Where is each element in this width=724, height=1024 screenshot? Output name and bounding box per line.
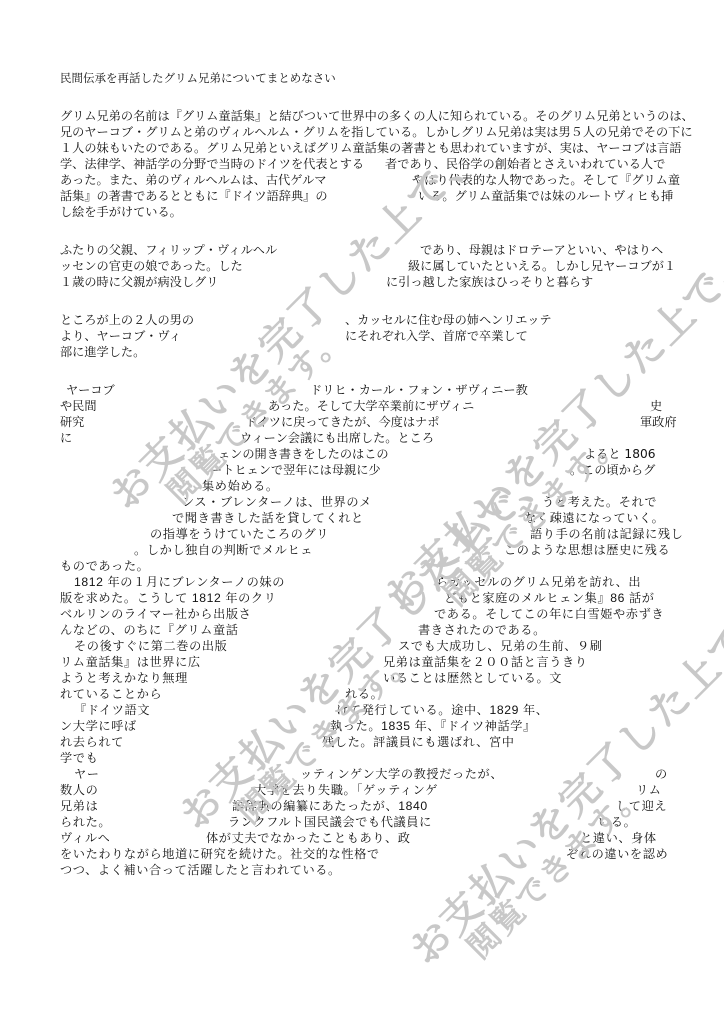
text-line-fragment: 1812 年の１月にブレンターノの妹の bbox=[74, 574, 285, 590]
text-line-fragment: どもと家庭のメルヒェン集』86 話が bbox=[444, 590, 655, 606]
text-line-fragment: の bbox=[655, 766, 668, 782]
text-line-fragment: 者であり、民俗学の創始者とさえいわれている人で bbox=[385, 156, 665, 172]
text-line-fragment: ンス・ブレンターノは、世界のメ bbox=[182, 494, 372, 510]
text-line-fragment: ドイツに戻ってきたが、今度はナポ bbox=[245, 414, 439, 430]
text-line-fragment: あった。そして大学卒業前にザヴィニ bbox=[268, 398, 474, 414]
text-line-fragment: ヤー bbox=[74, 766, 100, 782]
text-line-fragment: 兄のヤーコブ・グリムと弟のヴィルヘルム・グリムを指している。しかしグリム兄弟は実… bbox=[60, 124, 693, 140]
text-line-fragment: ートヒェンで翌年には母親に少 bbox=[210, 462, 381, 478]
text-line-fragment: に bbox=[60, 430, 72, 446]
text-line-fragment: 大学を去り失職。「ゲッティンゲ bbox=[254, 782, 438, 798]
text-line-fragment: 体が丈夫でなかったこともあり、政 bbox=[206, 830, 411, 846]
text-line-fragment: や民間 bbox=[60, 398, 97, 414]
text-line-fragment: んなどの、のちに『グリム童話 bbox=[60, 622, 239, 638]
text-line-fragment: １歳の時に父親が病没しグリ bbox=[60, 274, 218, 290]
text-line-fragment: れていることから bbox=[60, 686, 162, 702]
text-line-fragment: して迎え bbox=[616, 798, 667, 814]
text-line-fragment: にそれぞれ入学、首席で卒業して bbox=[345, 328, 528, 344]
text-line-fragment: このような思想は歴史に残る bbox=[504, 542, 670, 558]
document-title: 民間伝承を再話したグリム兄弟についてまとめなさい bbox=[60, 70, 336, 86]
text-line-fragment: 兄弟は bbox=[60, 798, 98, 814]
text-line-fragment: 兄弟は童話集を２００話と言うきり bbox=[383, 654, 588, 670]
document-page: 民間伝承を再話したグリム兄弟についてまとめなさい グリム兄弟の名前は『グリム童話… bbox=[0, 0, 724, 1024]
text-line-fragment: ふたりの父親、フィリップ・ヴィルヘル bbox=[60, 242, 277, 258]
text-line-fragment: 研究 bbox=[60, 414, 84, 430]
text-line-fragment: であり、母親はドロテーアといい、やはりヘ bbox=[420, 242, 663, 258]
text-line-fragment: いる。グリム童話集では妹のルートヴィヒも挿 bbox=[418, 188, 673, 204]
text-line-fragment: 語り手の名前は記録に残し bbox=[530, 526, 683, 542]
text-line-fragment: 史 bbox=[650, 398, 662, 414]
text-line-fragment: れる。 bbox=[345, 686, 383, 702]
text-line-fragment: ランクフルト国民議会でも代議員に bbox=[228, 814, 432, 830]
text-line-fragment: ようと考えかなり無理 bbox=[60, 670, 188, 686]
text-line-fragment: し絵を手がけている。 bbox=[60, 204, 182, 220]
text-line-fragment: 版を求めた。こうして 1812 年のクリ bbox=[60, 590, 277, 606]
text-line-fragment: ン大学に呼ば bbox=[60, 718, 137, 734]
text-line-fragment: いる。 bbox=[598, 814, 636, 830]
text-line-fragment: 学、法律学、神話学の分野で当時のドイツを代表とする bbox=[60, 156, 364, 172]
text-line-fragment: より、ヤーコブ・ヴィ bbox=[60, 328, 181, 344]
text-line-fragment: 数人の bbox=[60, 782, 98, 798]
text-line-fragment: ッセンの官吏の娘であった。した bbox=[60, 258, 243, 274]
text-line-fragment: その後すぐに第二巻の出版 bbox=[74, 638, 227, 654]
text-line-fragment: 、カッセルに住む母の姉ヘンリエッテ bbox=[345, 312, 552, 328]
text-line-fragment: ところが上の２人の男の bbox=[60, 312, 194, 328]
text-line-fragment: リム童話集』は世界に広 bbox=[60, 654, 201, 670]
text-line-fragment: ヴィルヘ bbox=[60, 830, 110, 846]
text-line-fragment: らカッセルのグリム兄弟を訪れ、出 bbox=[436, 574, 641, 590]
text-line-fragment: と違い、身体 bbox=[580, 830, 657, 846]
text-line-fragment: に引っ越した家族はひっそりと暮らす bbox=[386, 274, 593, 290]
text-line-fragment: グリム兄弟の名前は『グリム童話集』と結びついて世界中の多くの人に知られている。そ… bbox=[60, 108, 694, 124]
text-line-fragment: つつ、よく補い合って活躍したと言われている。 bbox=[60, 862, 341, 878]
text-line-fragment: 『ドイツ語文 bbox=[74, 702, 150, 718]
text-line-fragment: られた。 bbox=[60, 814, 111, 830]
text-line-fragment: リム bbox=[636, 782, 662, 798]
text-line-fragment: ヤーコブ bbox=[66, 382, 115, 398]
text-line-fragment: 残した。評議員にも選ばれ、宮中 bbox=[322, 734, 515, 750]
text-line-fragment: ベルリンのライマー社から出版さ bbox=[60, 606, 251, 622]
text-line-fragment: 書きされたのである。 bbox=[418, 622, 546, 638]
text-line-fragment: あった。また、弟のヴィルヘルムは、古代ゲルマ bbox=[60, 172, 327, 188]
text-line-fragment: 学でも bbox=[60, 750, 98, 766]
text-line-fragment: ェンの開き書きをしたのはこの bbox=[218, 446, 389, 462]
text-line-fragment: ウィーン会議にも出席した。ところ bbox=[240, 430, 434, 446]
text-line-fragment: ものであった。 bbox=[60, 558, 149, 574]
text-line-fragment: 。この頃からグ bbox=[570, 462, 655, 478]
text-line-fragment: やはり代表的な人物であった。そして『グリム童 bbox=[412, 172, 680, 188]
text-line-fragment: である。そしてこの年に白雪姫や赤ずき bbox=[434, 606, 664, 622]
text-line-fragment: で聞き書きした話を貸してくれと bbox=[172, 510, 364, 526]
text-line-fragment: ドリヒ・カール・フォン・ザヴィニー教 bbox=[310, 382, 528, 398]
text-line-fragment: をいたわりながら地道に研究を続けた。社交的な性格で bbox=[60, 846, 380, 862]
text-line-fragment: 部に進学した。 bbox=[60, 344, 145, 360]
text-line-fragment: れ去られて bbox=[60, 734, 124, 750]
text-line-fragment: ぞれの違いを認め bbox=[566, 846, 668, 862]
text-line-fragment: 語辞典の編纂にあたったが、1840 bbox=[232, 798, 428, 814]
text-line-fragment: なく疎遠になっていく。 bbox=[524, 510, 664, 526]
text-line-fragment: 軍政府 bbox=[640, 414, 677, 430]
text-line-fragment: よると 1806 bbox=[584, 446, 655, 462]
text-line-fragment: 話集』の著書であるとともに『ドイツ語辞典』の bbox=[60, 188, 328, 204]
text-line-fragment: けて発行している。途中、1829 年、 bbox=[336, 702, 549, 718]
text-line-fragment: １人の妹もいたのである。グリム兄弟といえばグリム童話集の著書とも思われていますが… bbox=[60, 140, 682, 156]
text-line-fragment: いることは歴然としている。文 bbox=[383, 670, 562, 686]
text-line-fragment: の指導をうけていたころのグリ bbox=[150, 526, 329, 542]
text-line-fragment: 集め始める。 bbox=[202, 478, 279, 494]
text-line-fragment: 執った。1835 年、『ドイツ神話学』 bbox=[330, 718, 536, 734]
text-line-fragment: 級に属していたといえる。しかし兄ヤーコブが１ bbox=[408, 258, 676, 274]
text-line-fragment: ッティンゲン大学の教授だったが、 bbox=[300, 766, 503, 782]
text-line-fragment: スでも大成功し、兄弟の生前、９刷 bbox=[398, 638, 603, 654]
text-line-fragment: うと考えた。それで bbox=[542, 494, 657, 510]
text-line-fragment: 。しかし独自の判断でメルヒェ bbox=[134, 542, 313, 558]
